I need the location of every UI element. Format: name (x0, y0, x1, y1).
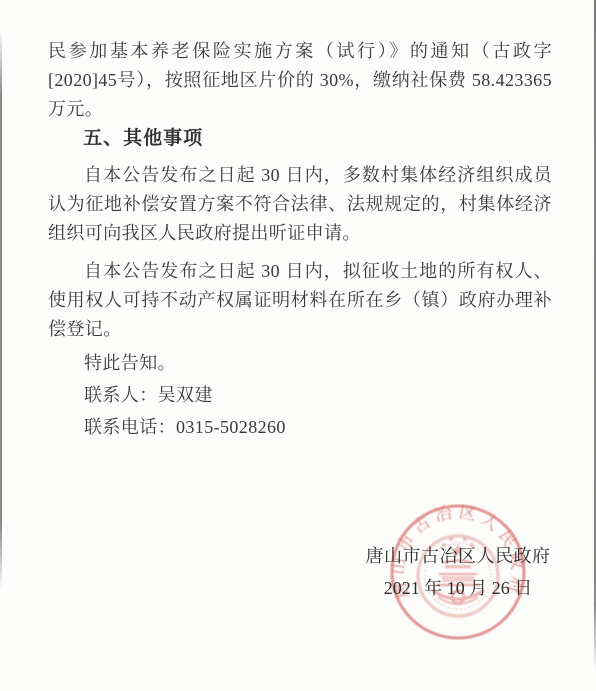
paragraph-compensation-registration: 自本公告发布之日起 30 日内，拟征收土地的所有权人、使用权人可持不动产权属证明… (48, 257, 552, 344)
scan-edge-left (0, 30, 2, 590)
contact-person-line: 联系人：吴双建 (48, 381, 552, 410)
closing-line: 特此告知。 (48, 349, 552, 378)
paragraph-intro-continuation: 民参加基本养老保险实施方案（试行）》的通知（古政字[2020]45号），按照征地… (48, 37, 552, 124)
signature-block: 唐山市古冶区人民政府 2021 年 10 月 26 日 (338, 542, 578, 602)
contact-phone-line: 联系电话：0315-5028260 (48, 413, 552, 442)
document-page: 民参加基本养老保险实施方案（试行）》的通知（古政字[2020]45号），按照征地… (0, 0, 596, 691)
issue-date: 2021 年 10 月 26 日 (338, 574, 578, 602)
section-heading-other-matters: 五、其他事项 (48, 124, 552, 153)
document-body: 民参加基本养老保险实施方案（试行）》的通知（古政字[2020]45号），按照征地… (48, 37, 552, 442)
issuer-name: 唐山市古冶区人民政府 (338, 542, 578, 570)
paragraph-hearing-request: 自本公告发布之日起 30 日内，多数村集体经济组织成员认为征地补偿安置方案不符合… (48, 161, 552, 248)
